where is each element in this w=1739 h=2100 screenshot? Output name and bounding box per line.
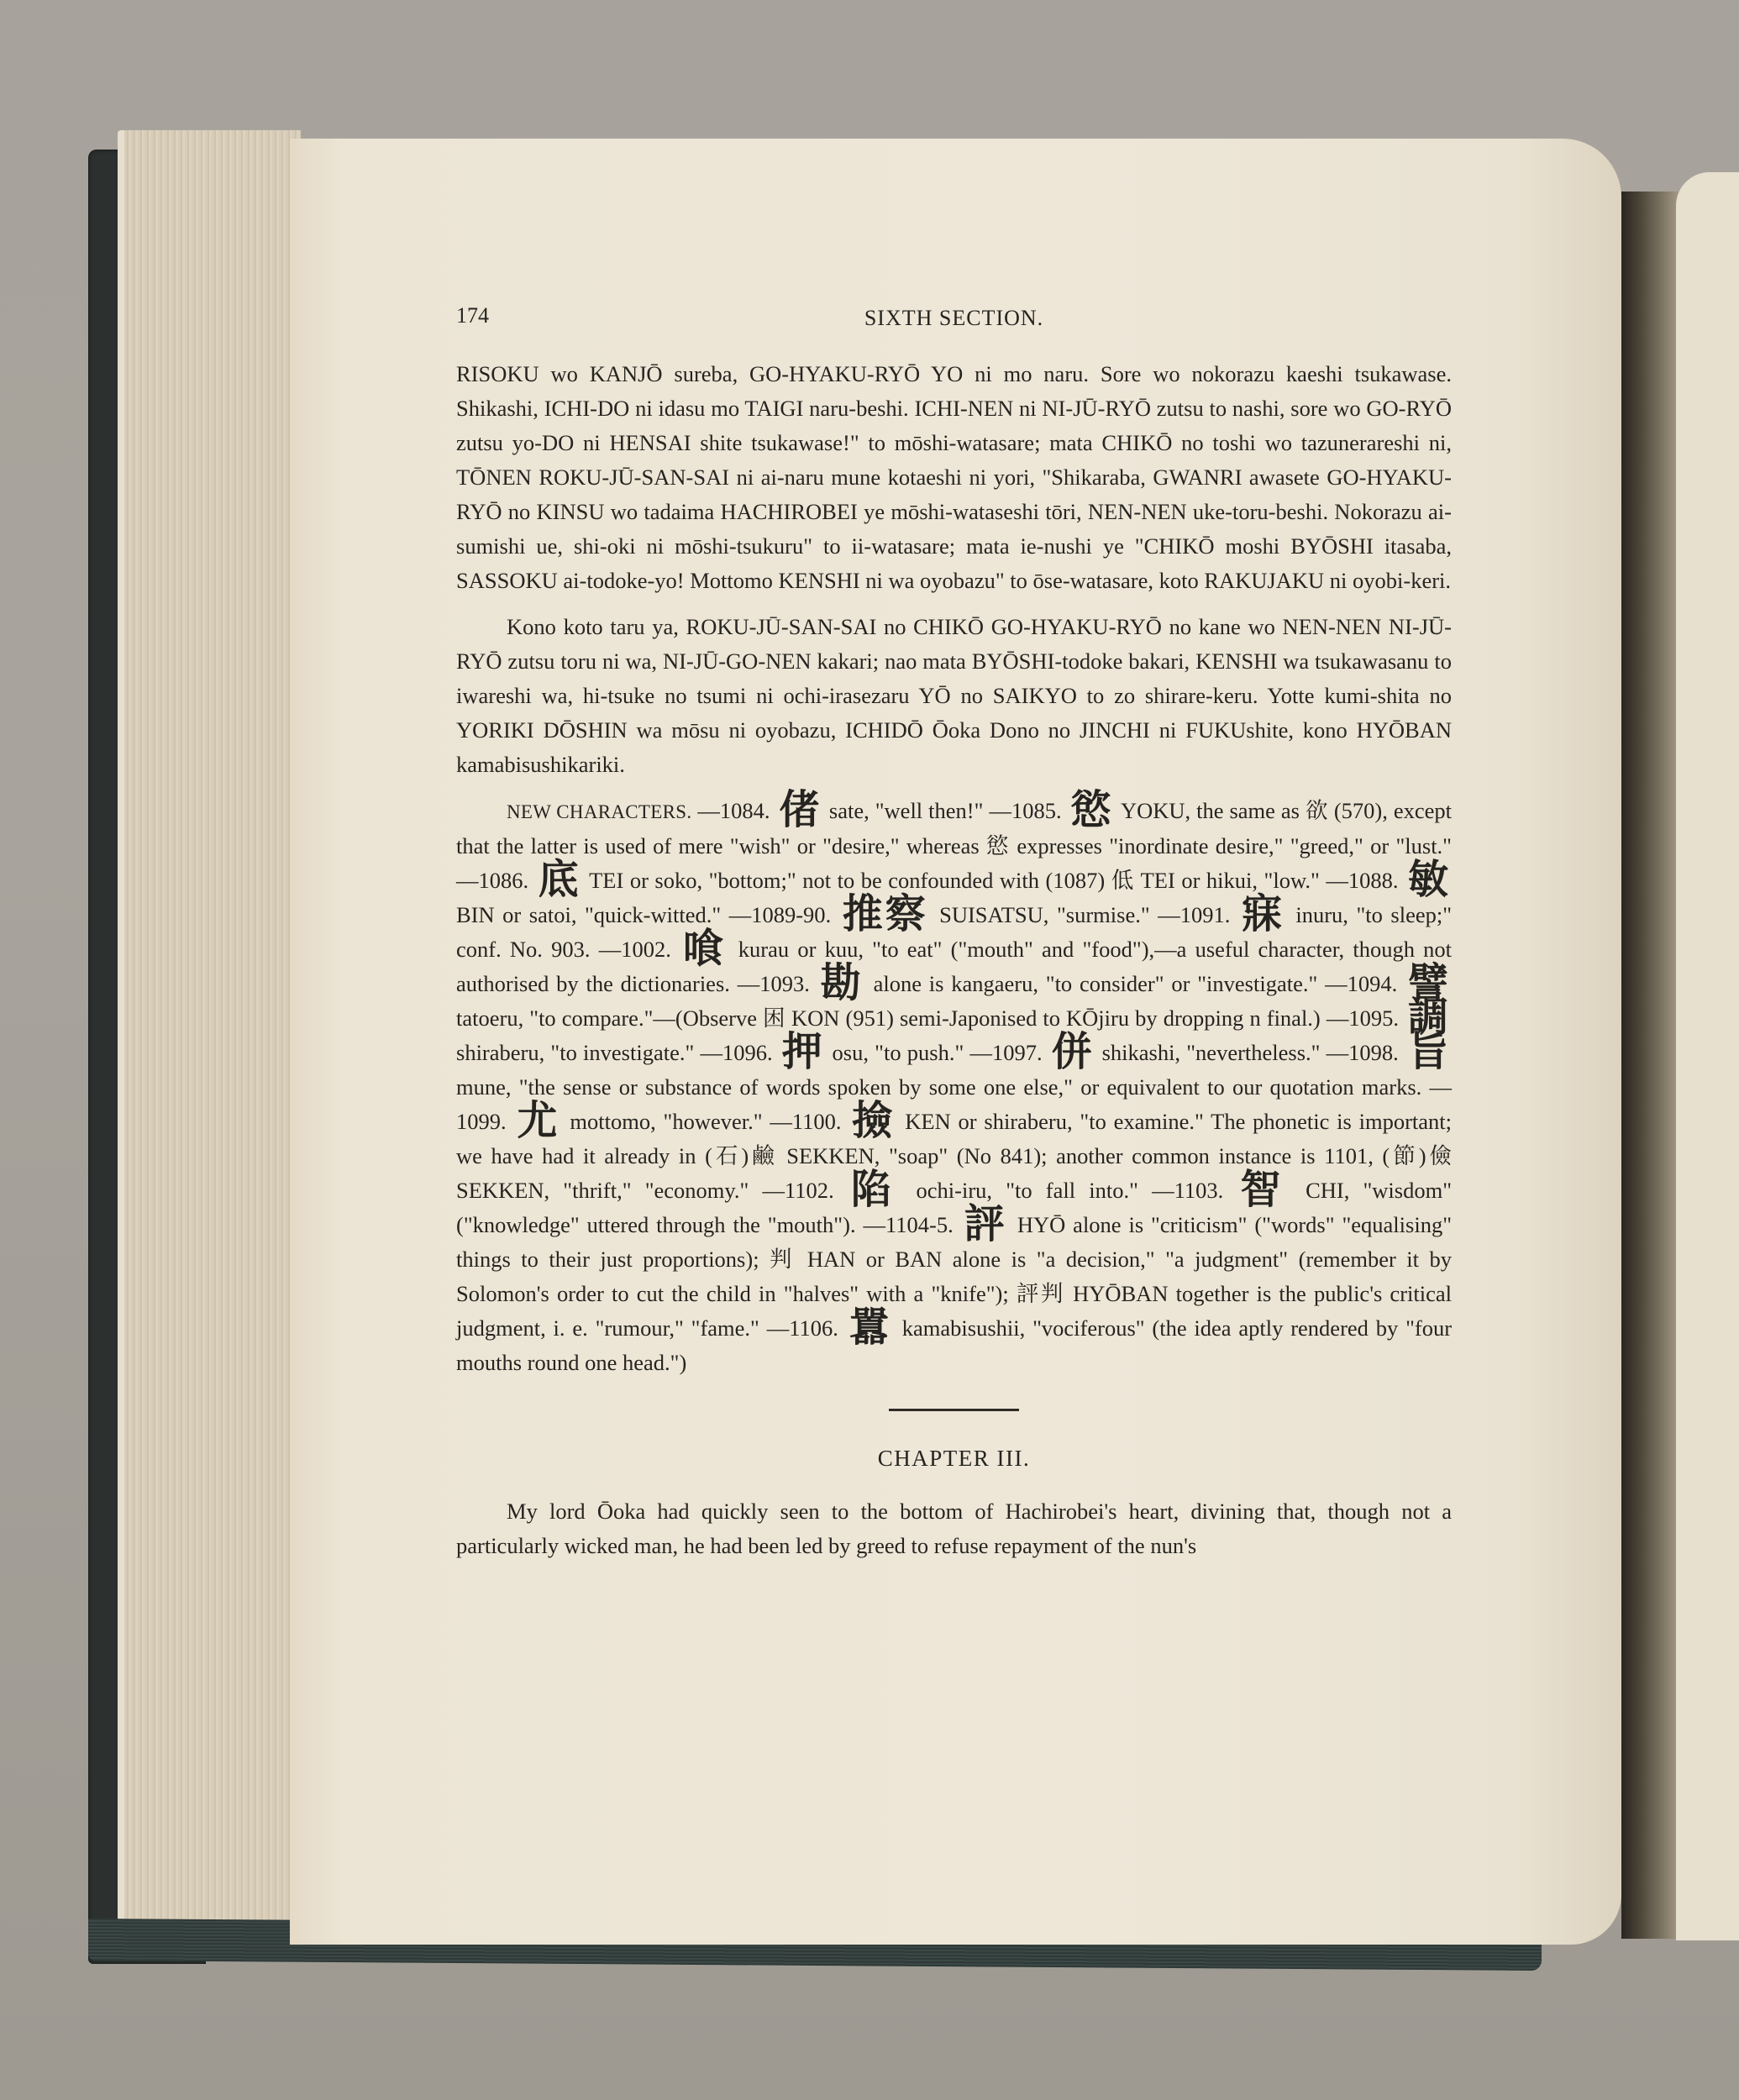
book-gutter bbox=[1621, 192, 1680, 1939]
kanji-glyph: 敏 bbox=[1408, 856, 1448, 903]
kanji-glyph: 底 bbox=[539, 856, 580, 903]
kanji-glyph: 尤 bbox=[517, 1097, 559, 1144]
kanji-glyph: 陷 bbox=[851, 1166, 900, 1213]
kanji-glyph: 智 bbox=[1240, 1166, 1289, 1213]
kanji-glyph: 喰 bbox=[683, 925, 727, 972]
kanji-glyph: 寐 bbox=[1242, 890, 1285, 937]
japanese-paragraph-1: RISOKU wo KANJŌ sureba, GO-HYAKU-RYŌ YO … bbox=[456, 357, 1452, 598]
entry: —1093. 勘 alone is kangaeru, "to consider… bbox=[738, 971, 1318, 996]
kanji-glyph: 偖 bbox=[780, 786, 820, 833]
chapter-opening-paragraph: My lord Ōoka had quickly seen to the bot… bbox=[456, 1494, 1452, 1563]
kanji-glyph: 撿 bbox=[852, 1097, 894, 1144]
entry: —1102. 陷 ochi-iru, "to fall into." bbox=[763, 1178, 1138, 1203]
kanji-glyph: 囂 bbox=[849, 1304, 891, 1351]
facing-page-edge bbox=[1676, 172, 1739, 1940]
entry: —1096. 押 osu, "to push." bbox=[700, 1040, 964, 1065]
japanese-paragraph-2: Kono koto taru ya, ROKU-JŪ-SAN-SAI no CH… bbox=[456, 610, 1452, 782]
kanji-glyph: 勘 bbox=[821, 959, 863, 1006]
section-divider bbox=[889, 1409, 1019, 1411]
kanji-glyph: 旨 bbox=[1408, 1028, 1448, 1075]
section-title: SIXTH SECTION. bbox=[456, 301, 1452, 335]
kanji-glyph: 併 bbox=[1052, 1028, 1093, 1075]
running-head: 174 SIXTH SECTION. bbox=[456, 298, 1452, 357]
new-characters-heading: NEW CHARACTERS. bbox=[507, 801, 691, 822]
kanji-glyph: 慾 bbox=[1071, 786, 1111, 833]
kanji-glyph: 評 bbox=[964, 1200, 1006, 1247]
chapter-title: CHAPTER III. bbox=[456, 1441, 1452, 1476]
entry: —1084. 偖 sate, "well then!" bbox=[697, 798, 983, 823]
page-text: 174 SIXTH SECTION. RISOKU wo KANJŌ sureb… bbox=[456, 298, 1452, 1563]
entry: —1086. 底 TEI or soko, "bottom;" not to b… bbox=[456, 868, 1320, 893]
entry: —1089-90. 推察 SUISATSU, "surmise." bbox=[729, 902, 1150, 927]
kanji-glyph: 押 bbox=[782, 1028, 823, 1075]
page-edges bbox=[118, 130, 301, 1945]
entry: —1097. 併 shikashi, "nevertheless." bbox=[969, 1040, 1320, 1065]
new-characters-section: NEW CHARACTERS. —1084. 偖 sate, "well the… bbox=[456, 794, 1452, 1380]
kanji-glyph: 推察 bbox=[843, 890, 928, 937]
